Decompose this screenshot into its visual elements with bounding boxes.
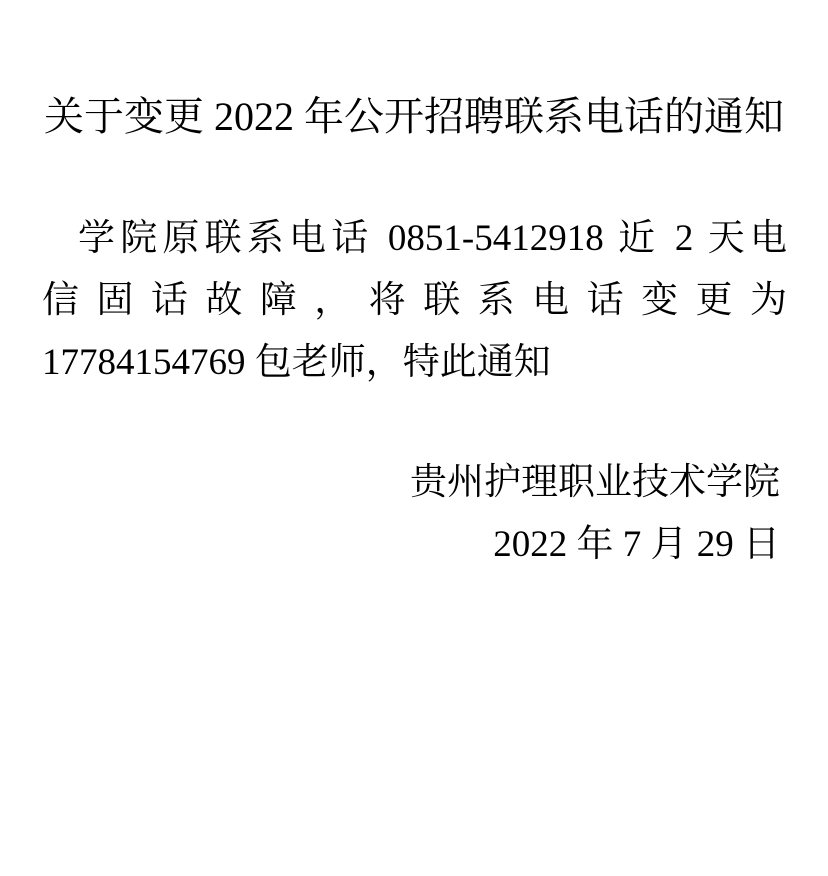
signature-block: 贵州护理职业技术学院 2022 年 7 月 29 日 xyxy=(0,452,828,576)
body-line-1: 学院原联系电话 0851-5412918 近 2 天电 xyxy=(42,208,787,270)
signature-organization: 贵州护理职业技术学院 xyxy=(0,452,780,514)
notice-title: 关于变更 2022 年公开招聘联系电话的通知 xyxy=(0,0,828,140)
signature-date: 2022 年 7 月 29 日 xyxy=(0,514,780,576)
notice-body: 学院原联系电话 0851-5412918 近 2 天电 信固话故障，将联系电话变… xyxy=(0,208,828,394)
notice-document-page: 关于变更 2022 年公开招聘联系电话的通知 学院原联系电话 0851-5412… xyxy=(0,0,828,876)
body-line-2: 信固话故障，将联系电话变更为 xyxy=(42,270,787,332)
body-line-3: 17784154769 包老师，特此通知 xyxy=(42,332,787,394)
